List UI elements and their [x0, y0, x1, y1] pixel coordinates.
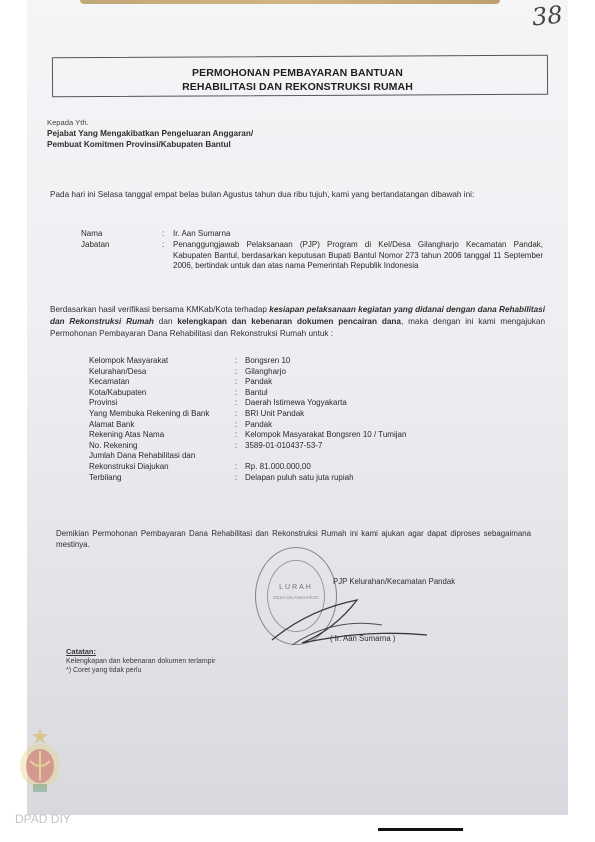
detail-label: Rekening Atas Nama	[89, 430, 239, 439]
detail-value: Daerah Istimewa Yogyakarta	[245, 398, 347, 407]
detail-label: Kelompok Masyarakat	[89, 356, 239, 365]
watermark-text: DPAD DIY	[15, 812, 71, 826]
paragraph-emphasis-bold: kelengkapan dan kebenaran dokumen pencai…	[177, 317, 401, 326]
detail-value: Bantul	[245, 388, 268, 397]
notes-heading: Catatan:	[66, 647, 215, 657]
recipient-line1: Pejabat Yang Mengakibatkan Pengeluaran A…	[47, 128, 253, 139]
colon: :	[235, 356, 237, 365]
paragraph-text: Berdasarkan hasil verifikasi bersama KMK…	[50, 305, 269, 314]
colon: :	[162, 240, 164, 251]
detail-label: Alamat Bank	[89, 420, 239, 429]
name-label: Nama	[81, 229, 161, 240]
position-label: Jabatan	[81, 240, 161, 251]
detail-label: Jumlah Dana Rehabilitasi dan	[89, 451, 239, 460]
detail-value: Kelompok Masyarakat Bongsren 10 / Tumija…	[245, 430, 406, 439]
notes-line1: Kelengkapan dan kebenaran dokumen terlam…	[66, 657, 215, 667]
colon: :	[235, 473, 237, 482]
colon: :	[235, 377, 237, 386]
detail-value: 3589-01-010437-53-7	[245, 441, 322, 450]
recipient-line2: Pembuat Komitmen Provinsi/Kabupaten Bant…	[47, 139, 253, 150]
colon: :	[235, 430, 237, 439]
paragraph-text: dan	[154, 317, 177, 326]
notes-block: Catatan: Kelengkapan dan kebenaran dokum…	[66, 647, 215, 676]
detail-label: Kelurahan/Desa	[89, 367, 239, 376]
colon: :	[235, 388, 237, 397]
detail-value: BRI Unit Pandak	[245, 409, 304, 418]
document-title-line1: PERMOHONAN PEMBAYARAN BANTUAN	[0, 67, 595, 79]
detail-value: Bongsren 10	[245, 356, 290, 365]
detail-label: Yang Membuka Rekening di Bank	[89, 409, 239, 418]
detail-label: Provinsi	[89, 398, 239, 407]
detail-value: Pandak	[245, 377, 272, 386]
colon: :	[235, 409, 237, 418]
handwritten-page-number: 38	[531, 0, 564, 31]
detail-value: Gilangharjo	[245, 367, 286, 376]
folder-edge	[80, 0, 500, 4]
salutation: Kepada Yth.	[47, 117, 253, 128]
document-title-line2: REHABILITASI DAN REKONSTRUKSI RUMAH	[0, 81, 595, 93]
detail-label: No. Rekening	[89, 441, 239, 450]
detail-label: Terbilang	[89, 473, 239, 482]
stamp-text: LURAH	[270, 584, 322, 591]
detail-value: Rp. 81.000.000,00	[245, 462, 311, 471]
notes-line2: *) Coret yang tidak perlu	[66, 666, 215, 676]
position-value: Penanggungjawab Pelaksanaan (PJP) Progra…	[173, 240, 543, 272]
opening-statement: Pada hari ini Selasa tanggal empat belas…	[50, 189, 545, 200]
signatory-name: ( Ir. Aan Sumarna )	[330, 633, 395, 644]
signatory-title: PJP Kelurahan/Kecamatan Pandak	[333, 576, 455, 587]
colon: :	[235, 462, 237, 471]
colon: :	[162, 229, 164, 240]
detail-label: Kecamatan	[89, 377, 239, 386]
colon: :	[235, 398, 237, 407]
verification-paragraph: Berdasarkan hasil verifikasi bersama KMK…	[50, 304, 545, 340]
name-value: Ir. Aan Sumarna	[173, 229, 543, 240]
detail-value: Delapan puluh satu juta rupiah	[245, 473, 354, 482]
colon: :	[235, 420, 237, 429]
archive-emblem-icon	[15, 726, 65, 796]
detail-label: Kota/Kabupaten	[89, 388, 239, 397]
detail-label: Rekonstruksi Diajukan	[89, 462, 239, 471]
colon: :	[235, 441, 237, 450]
detail-value: Pandak	[245, 420, 272, 429]
recipient-block: Kepada Yth. Pejabat Yang Mengakibatkan P…	[47, 117, 253, 150]
colon: :	[235, 367, 237, 376]
scan-marker	[378, 828, 463, 831]
